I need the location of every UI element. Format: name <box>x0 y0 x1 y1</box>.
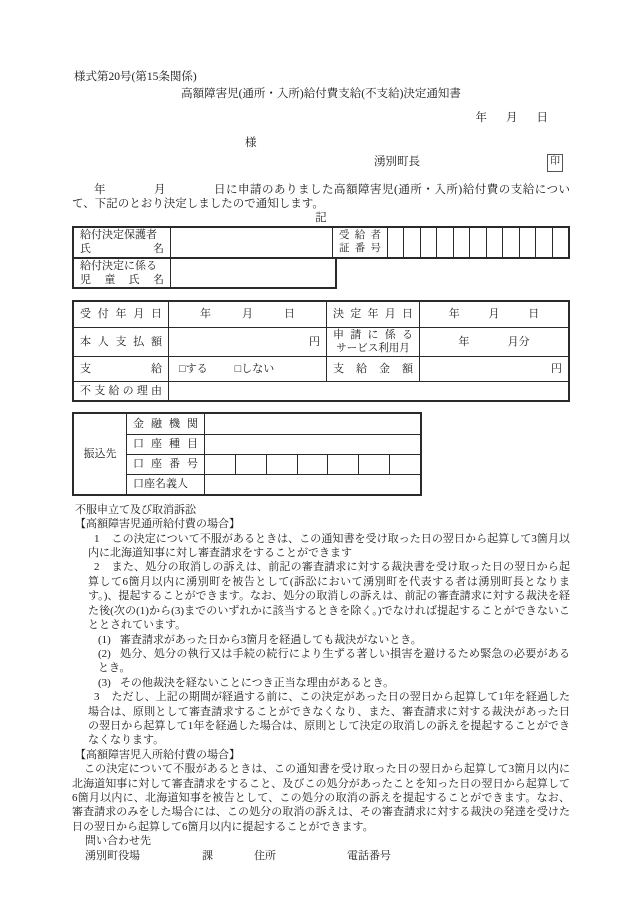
document-content: 様式第20号(第15条関係) 高額障害児(通所・入所)給付費支給(不支給)決定通… <box>72 70 570 863</box>
clause-text: 審査請求があった日から3箇月を経過しても裁決がないとき。 <box>120 634 422 646</box>
appeal-clause: (1)審査請求があった日から3箇月を経過しても裁決がないとき。 <box>72 633 570 647</box>
grant-options: □する □しない <box>168 357 326 381</box>
account-holder-field[interactable] <box>204 475 420 494</box>
clause-text: その他裁決を経ないことにつき正当な理由があるとき。 <box>120 677 394 689</box>
contact-line: 湧別町役場 課 住所 電話番号 <box>72 849 570 863</box>
date-unit-label: 年 <box>200 307 211 321</box>
appeal-clause: (3)その他裁決を経ないことにつき正当な理由があるとき。 <box>72 676 570 690</box>
label-char: 月 <box>133 307 144 321</box>
certificate-number-cells <box>387 228 568 257</box>
label-char: 座 <box>151 457 162 471</box>
appeal-clause: 1この決定について不服があるときは、この通知書を受け取った日の翌日から起算して3… <box>72 532 570 561</box>
label-char: 児 <box>80 273 91 287</box>
label-char: 請 <box>350 328 361 342</box>
child-name-field[interactable] <box>170 259 335 287</box>
yen-unit-label: 円 <box>551 362 562 376</box>
transfer-group-label: 振込先 <box>74 414 126 494</box>
guardian-name-label: 給付決定保護者 氏名 <box>74 228 170 257</box>
form-number: 様式第20号(第15条関係) <box>72 70 570 84</box>
issuer-title: 湧別町長 <box>374 155 420 169</box>
service-month-label: 申請に係る サービス利用月 <box>326 328 419 356</box>
label-char: る <box>402 328 413 342</box>
label-char: 号 <box>187 457 198 471</box>
intro-paragraph: 年 月 日に申請のありました高額障害児(通所・入所)給付費の支給について、下記の… <box>72 183 570 212</box>
label-char: に <box>368 328 379 342</box>
appeal-heading: 不服申立て及び取消訴訟 <box>72 503 570 517</box>
seal-box: 印 <box>547 154 563 172</box>
case2-heading: 【高額障害児入所給付費の場合】 <box>72 748 570 762</box>
transfer-row-account-type: 口座種目 <box>127 434 420 454</box>
label-char: 日 <box>151 307 162 321</box>
label-char: 童 <box>104 273 115 287</box>
label-char: 機 <box>169 417 180 431</box>
contact-department-label: 課 <box>202 849 213 863</box>
issue-date-line: 年月日 <box>72 111 570 125</box>
label-char: 本 <box>80 335 91 349</box>
digit-cell[interactable] <box>266 455 297 474</box>
label-char: の <box>123 384 134 398</box>
label-char: 金 <box>379 362 390 376</box>
date-unit-label: 日 <box>284 307 295 321</box>
label-char: 名 <box>153 242 164 256</box>
label-char: 氏 <box>80 242 91 256</box>
label-char: 座 <box>151 437 162 451</box>
grant-label: 支給 <box>74 357 168 381</box>
record-marker: 記 <box>72 211 570 225</box>
decision-row-grant: 支給 □する □しない 支給金額 円 <box>74 356 568 381</box>
clause-number: (3) <box>98 677 111 689</box>
honorific-label: 様 <box>245 137 257 149</box>
issuer-line: 湧別町長 印 <box>72 154 570 172</box>
contact-address-label: 住所 <box>254 849 276 863</box>
label-char: 由 <box>151 384 162 398</box>
transfer-row-account-number: 口座番号 <box>127 454 420 474</box>
date-part-label: 年 <box>476 111 488 125</box>
appeal-section: 不服申立て及び取消訴訟 【高額障害児通所給付費の場合】 1この決定について不服が… <box>72 503 570 863</box>
transfer-row-bank: 金融機関 <box>127 414 420 434</box>
child-label-line2: 児童氏名 <box>80 273 164 287</box>
digit-cell[interactable] <box>535 228 551 257</box>
label-char: 額 <box>402 362 413 376</box>
guardian-label-line1: 給付決定保護者 <box>80 228 164 242</box>
clause-text: 処分、処分の執行又は手続の続行により生ずる著しい損害を避けるため緊急の必要がある… <box>98 648 570 674</box>
transfer-row-account-holder: 口座名義人 <box>127 474 420 494</box>
recipient-table-row-guardian: 給付決定保護者 氏名 受給者 証番号 <box>72 226 570 259</box>
label-char: 金 <box>133 417 144 431</box>
digit-cell[interactable] <box>358 455 389 474</box>
label-char: 支 <box>80 362 91 376</box>
label-char: 支 <box>333 362 344 376</box>
digit-cell[interactable] <box>388 228 403 257</box>
contact-office: 湧別町役場 <box>85 849 140 863</box>
digit-cell[interactable] <box>469 228 485 257</box>
self-payment-field[interactable]: 円 <box>168 328 326 356</box>
month-unit-label: 月分 <box>508 335 530 349</box>
date-unit-label: 月 <box>489 307 500 321</box>
label-char: 受 <box>339 229 350 242</box>
label-char: 月 <box>385 307 396 321</box>
label-char: 人 <box>98 335 109 349</box>
account-number-label: 口座番号 <box>127 455 204 474</box>
digit-cell[interactable] <box>235 455 266 474</box>
grant-option-no-checkbox[interactable]: □しない <box>235 362 275 376</box>
yen-unit-label: 円 <box>309 335 320 349</box>
label-char: 者 <box>371 229 382 242</box>
page-title: 高額障害児(通所・入所)給付費支給(不支給)決定通知書 <box>72 87 570 101</box>
label-char: 額 <box>151 335 162 349</box>
label-char: 給 <box>151 362 162 376</box>
digit-cell[interactable] <box>436 228 452 257</box>
label-char: 目 <box>187 437 198 451</box>
label-char: 不 <box>80 384 91 398</box>
reception-date-label: 受付年月日 <box>74 302 168 327</box>
case1-heading: 【高額障害児通所給付費の場合】 <box>72 517 570 531</box>
digit-cell[interactable] <box>389 455 420 474</box>
self-payment-label: 本人支払額 <box>74 328 168 356</box>
label-char: 給 <box>355 229 366 242</box>
digit-cell[interactable] <box>552 228 568 257</box>
transfer-table: 振込先 金融機関 口座種目 口座番号 口座名義人 <box>72 412 422 496</box>
certificate-label-line2: 証番号 <box>339 242 381 255</box>
service-month-label-line1: 申請に係る <box>333 328 413 342</box>
appeal-clause: (2)処分、処分の執行又は手続の続行により生ずる著しい損害を避けるため緊急の必要… <box>72 647 570 676</box>
date-unit-label: 日 <box>528 307 539 321</box>
label-char: 係 <box>385 328 396 342</box>
denial-reason-label: 不支給の理由 <box>74 382 168 400</box>
label-char: 関 <box>187 417 198 431</box>
appeal-clause: 3ただし、上記の期間が経過する前に、この決定があった日の翌日から起算して1年を経… <box>72 690 570 748</box>
label-char: 年 <box>116 307 127 321</box>
label-char: 融 <box>151 417 162 431</box>
document-page: 様式第20号(第15条関係) 高額障害児(通所・入所)給付費支給(不支給)決定通… <box>0 0 630 915</box>
digit-cell[interactable] <box>453 228 469 257</box>
decision-row-denial-reason: 不支給の理由 <box>74 381 568 400</box>
date-unit-label: 年 <box>449 307 460 321</box>
label-char: 種 <box>169 437 180 451</box>
digit-cell[interactable] <box>297 455 328 474</box>
certificate-number-label: 受給者 証番号 <box>332 228 387 257</box>
label-char: 番 <box>355 242 366 255</box>
reception-date-field[interactable]: 年月日 <box>168 302 326 327</box>
digit-cell[interactable] <box>502 228 518 257</box>
digit-cell[interactable] <box>403 228 419 257</box>
case2-paragraph: この決定について不服があるときは、この通知書を受け取った日の翌日から起算して3箇… <box>72 762 570 834</box>
appeal-clause: 2また、処分の取消しの訴えは、前記の審査請求に対する裁決書を受け取った日の翌日か… <box>72 560 570 632</box>
decision-table: 受付年月日 年月日 決定年月日 年月日 本人支払額 円 申請に係る サービス利用… <box>72 300 570 402</box>
service-month-label-line2: サービス利用月 <box>333 342 413 355</box>
transfer-rows: 金融機関 口座種目 口座番号 口座名義人 <box>126 414 420 494</box>
label-char: 年 <box>368 307 379 321</box>
month-unit-label: 年 <box>458 335 469 349</box>
grant-amount-field[interactable]: 円 <box>419 357 568 381</box>
label-char: 氏 <box>129 273 140 287</box>
label-char: 番 <box>169 457 180 471</box>
clause-number: 1 <box>94 533 100 545</box>
label-char: 証 <box>339 242 350 255</box>
clause-number: (1) <box>98 634 111 646</box>
denial-reason-field[interactable] <box>168 382 568 400</box>
addressee-line: 様 <box>72 136 570 150</box>
grant-amount-label: 支給金額 <box>326 357 419 381</box>
guardian-label-line2: 氏名 <box>80 242 164 256</box>
label-char: 定 <box>350 307 361 321</box>
account-number-cells <box>204 455 420 474</box>
contact-heading: 問い合わせ先 <box>72 834 570 848</box>
child-label-line1: 給付決定に係る <box>80 259 164 273</box>
label-char: 給 <box>108 384 119 398</box>
bank-label: 金融機関 <box>127 414 204 434</box>
label-char: 決 <box>333 307 344 321</box>
digit-cell[interactable] <box>420 228 436 257</box>
account-holder-label: 口座名義人 <box>127 475 204 494</box>
digit-cell[interactable] <box>519 228 535 257</box>
account-type-label: 口座種目 <box>127 435 204 454</box>
child-name-label: 給付決定に係る 児童氏名 <box>74 259 170 287</box>
label-char: 申 <box>333 328 344 342</box>
certificate-label-line1: 受給者 <box>339 229 381 242</box>
label-char: 号 <box>371 242 382 255</box>
contact-phone-label: 電話番号 <box>347 849 391 863</box>
label-char: 給 <box>356 362 367 376</box>
label-char: 口 <box>133 457 144 471</box>
digit-cell[interactable] <box>205 455 235 474</box>
label-char: 支 <box>116 335 127 349</box>
digit-cell[interactable] <box>486 228 502 257</box>
decision-row-payment: 本人支払額 円 申請に係る サービス利用月 年月分 <box>74 327 568 356</box>
date-part-label: 日 <box>537 111 549 125</box>
account-type-field[interactable] <box>204 435 420 454</box>
decision-row-dates: 受付年月日 年月日 決定年月日 年月日 <box>74 302 568 327</box>
recipient-table: 給付決定保護者 氏名 受給者 証番号 給付決定に係る 児童氏名 <box>72 226 570 289</box>
label-char: 受 <box>80 307 91 321</box>
label-char: 付 <box>98 307 109 321</box>
label-char: 理 <box>137 384 148 398</box>
grant-option-yes-checkbox[interactable]: □する <box>179 362 208 376</box>
clause-number: 3 <box>94 691 100 703</box>
clause-text: この決定について不服があるときは、この通知書を受け取った日の翌日から起算して3箇… <box>88 533 570 559</box>
guardian-name-field[interactable] <box>170 228 332 257</box>
label-char: 払 <box>133 335 144 349</box>
decision-date-field[interactable]: 年月日 <box>419 302 568 327</box>
clause-number: (2) <box>98 648 111 660</box>
date-part-label: 月 <box>506 111 518 125</box>
digit-cell[interactable] <box>327 455 358 474</box>
date-unit-label: 月 <box>242 307 253 321</box>
decision-date-label: 決定年月日 <box>326 302 419 327</box>
label-char: 名 <box>153 273 164 287</box>
label-char: 支 <box>94 384 105 398</box>
label-char: 口 <box>133 437 144 451</box>
recipient-table-row-child: 給付決定に係る 児童氏名 <box>72 259 337 289</box>
bank-field[interactable] <box>204 414 420 434</box>
service-month-field[interactable]: 年月分 <box>419 328 568 356</box>
clause-text: ただし、上記の期間が経過する前に、この決定があった日の翌日から起算して1年を経過… <box>88 691 570 746</box>
label-char: 日 <box>402 307 413 321</box>
clause-text: また、処分の取消しの訴えは、前記の審査請求に対する裁決書を受け取った日の翌日から… <box>88 561 570 631</box>
appeal-clauses: 1この決定について不服があるときは、この通知書を受け取った日の翌日から起算して3… <box>72 532 570 748</box>
clause-number: 2 <box>94 561 100 573</box>
